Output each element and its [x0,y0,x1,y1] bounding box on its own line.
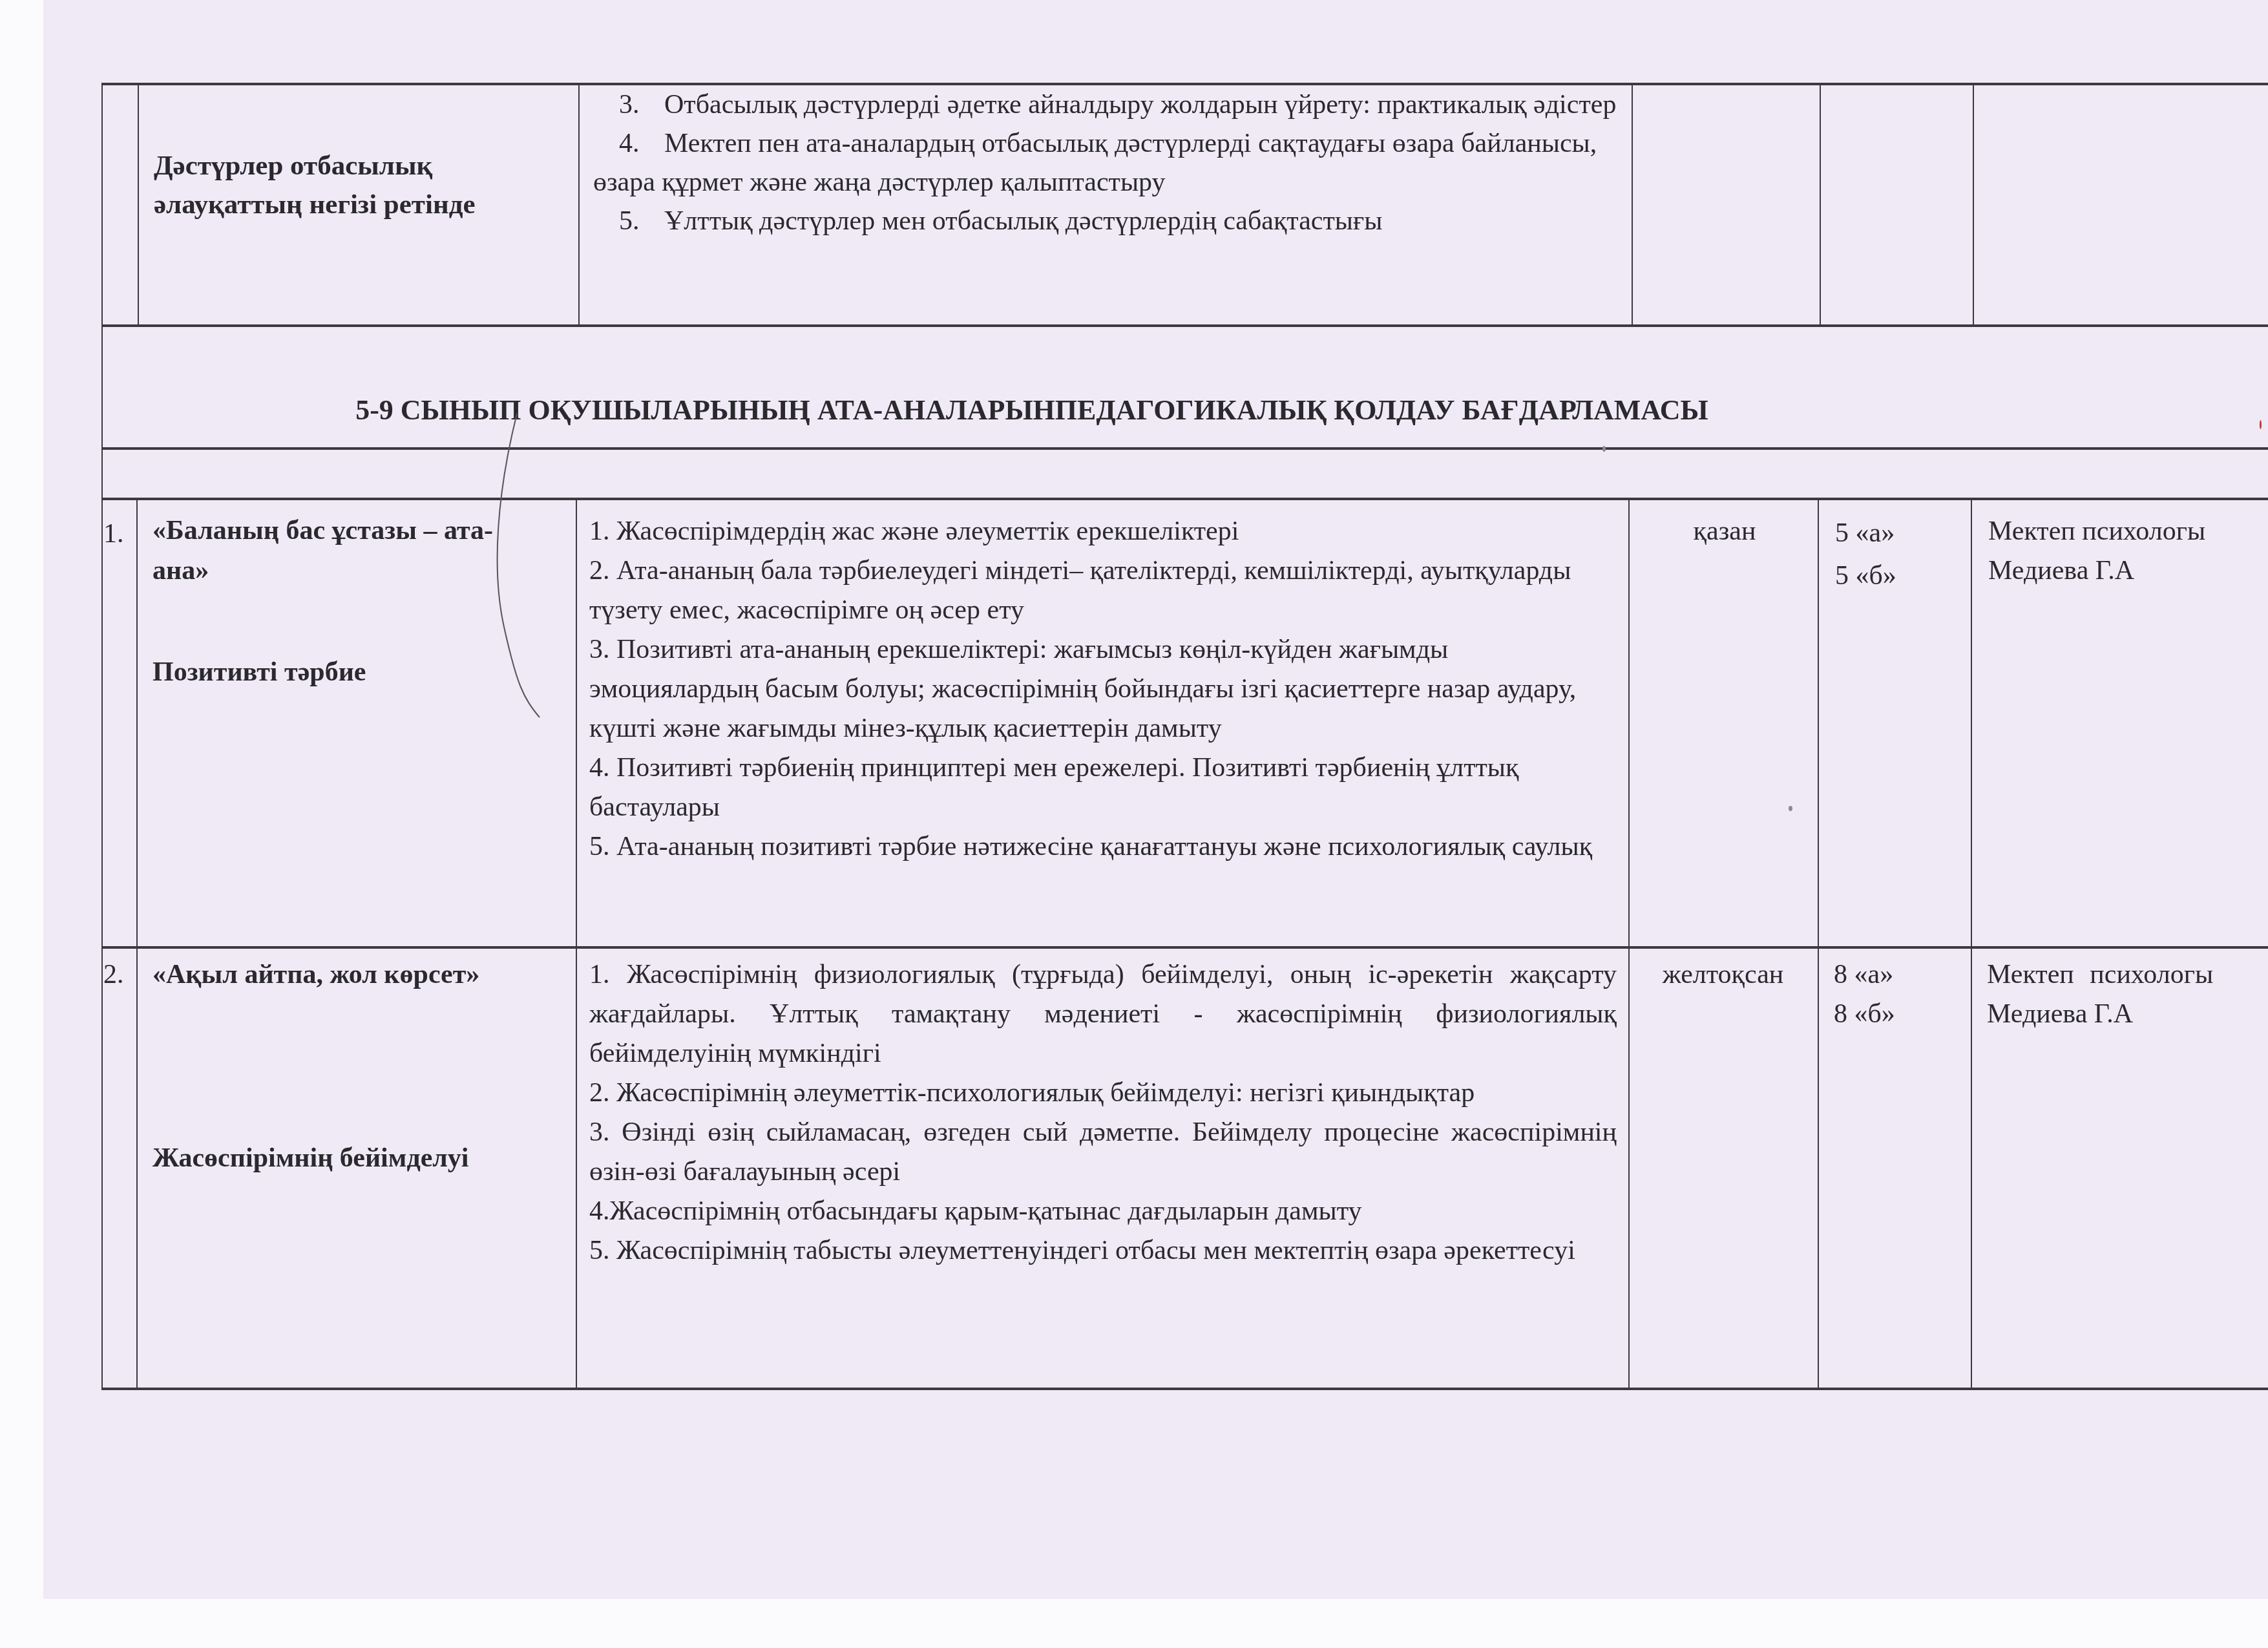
class-label: 5 «а» [1835,512,1964,555]
class-label: 8 «б» [1834,995,1963,1034]
class-label: 5 «б» [1835,555,1964,597]
list-item: 5.Ұлттық дәстүрлер мен отбасылық дәстүрл… [593,202,1621,240]
continued-topic: Дәстүрлер отбасылық әлауқаттың негізі ре… [154,147,567,224]
table-bottom-border [101,1388,2268,1390]
continued-items: 3.Отбасылық дәстүрлерді әдетке айналдыру… [593,85,1621,240]
row-divider-row1-bottom [101,946,2268,949]
row-title: «Ақыл айтпа, жол көрсет» [152,955,572,995]
row-items: 1. Жасөспірімдердің жас және әлеуметтік … [589,512,1617,867]
responsible-name: Медиева Г.А [1988,551,2268,591]
col-line-6 [1971,498,1972,1389]
row-items: 1. Жасөспірімнің физиологиялық (тұрғыда)… [589,955,1617,1271]
row-divider-title-bottom [101,447,2268,450]
col-line-3 [578,83,580,326]
scan-pen-mark [478,414,556,724]
col-line-5 [1820,83,1821,326]
list-item: 4.Мектеп пен ата-аналардың отбасылық дәс… [593,124,1621,202]
responsible-name: Медиева Г.А [1987,995,2268,1034]
class-label: 8 «а» [1834,955,1963,995]
col-line-5 [1818,498,1819,1389]
col-line-2 [138,83,139,326]
list-item: 2. Ата-ананың бала тәрбиелеудегі міндеті… [589,551,1617,630]
scan-speck [1789,806,1792,811]
col-line-4 [1628,498,1630,1389]
scan-speck [1602,446,1606,452]
responsible-role: Мектеп психологы [1988,512,2268,551]
list-item: 1. Жасөспірімдердің жас және әлеуметтік … [589,512,1617,551]
row-divider-continued-bottom [101,324,2268,327]
list-item: 1. Жасөспірімнің физиологиялық (тұрғыда)… [589,955,1617,1073]
row-responsible: Мектеп психологы Медиева Г.А [1987,955,2268,1034]
list-item: 4. Позитивті тәрбиенің принциптері мен е… [589,748,1617,827]
scan-speck [2260,420,2262,429]
list-item: 3. Өзінді өзің сыйламасаң, өзгеден сый д… [589,1113,1617,1192]
list-item: 3.Отбасылық дәстүрлерді әдетке айналдыру… [593,85,1621,124]
col-line-2 [136,498,138,1389]
table-left-border [101,83,103,1389]
list-item: 5. Жасөспірімнің табысты әлеуметтенуінде… [589,1231,1617,1271]
list-item: 2. Жасөспірімнің әлеуметтік-психологиялы… [589,1073,1617,1113]
list-item: 3. Позитивті ата-ананың ерекшеліктері: ж… [589,630,1617,748]
col-line-4 [1632,83,1633,326]
row-month: қазан [1632,512,1818,551]
row-month: желтоқсан [1628,955,1818,995]
row-classes: 5 «а» 5 «б» [1835,512,1964,597]
row-title: «Баланың бас ұстазы – ата-ана» [152,511,514,591]
row-subtitle: Жасөспірімнің бейімделуі [152,1139,572,1178]
row-divider-empty-bottom [101,498,2268,500]
row-number: 2. [103,955,136,995]
responsible-role: Мектеп психологы [1987,955,2268,995]
list-item: 5. Ата-ананың позитивті тәрбие нәтижесін… [589,827,1617,867]
col-line-6 [1973,83,1974,326]
col-line-3 [576,498,577,1389]
row-number: 1. [103,514,136,554]
row-classes: 8 «а» 8 «б» [1834,955,1963,1034]
section-title: 5-9 СЫНЫП ОҚУШЫЛАРЫНЫҢ АТА-АНАЛАРЫНПЕДАГ… [101,388,1962,433]
list-item: 4.Жасөспірімнің отбасындағы қарым-қатына… [589,1192,1617,1231]
row-responsible: Мектеп психологы Медиева Г.А [1988,512,2268,591]
